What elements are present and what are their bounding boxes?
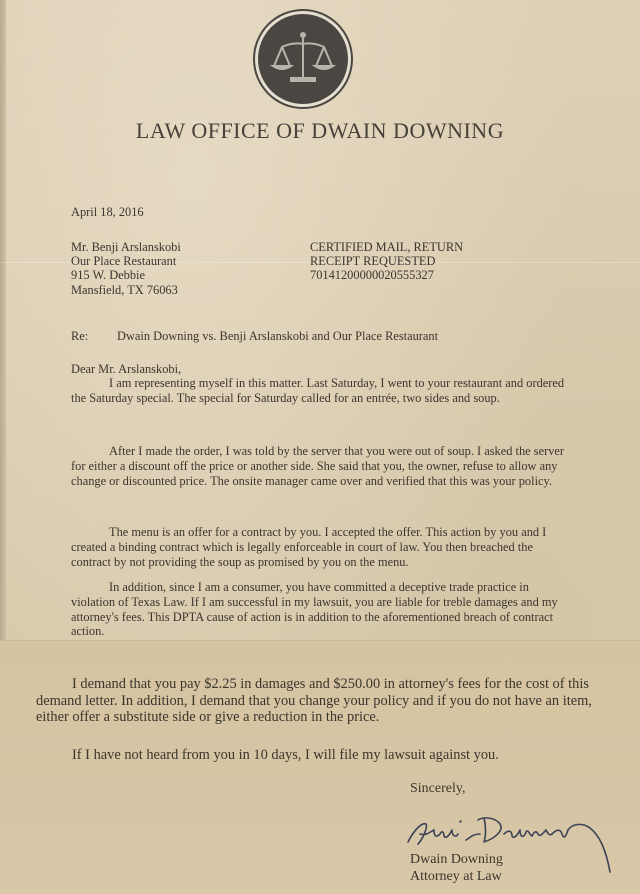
re-subject: Dwain Downing vs. Benji Arslanskobi and … <box>117 329 438 343</box>
valediction: Sincerely, <box>410 781 465 797</box>
deadline-paragraph: If I have not heard from you in 10 days,… <box>36 747 596 764</box>
salutation: Dear Mr. Arslanskobi, <box>71 362 181 376</box>
re-line: Re:Dwain Downing vs. Benji Arslanskobi a… <box>71 329 438 343</box>
signatory: Dwain Downing Attorney at Law <box>410 851 503 885</box>
body-paragraph: The menu is an offer for a contract by y… <box>71 525 571 569</box>
recipient-business: Our Place Restaurant <box>71 254 181 268</box>
delivery-line-1: CERTIFIED MAIL, RETURN <box>310 240 463 254</box>
paragraph-text: The menu is an offer for a contract by y… <box>71 525 571 569</box>
letter-date: April 18, 2016 <box>71 205 144 219</box>
scales-of-justice-icon <box>258 14 348 104</box>
paragraph-text: I demand that you pay $2.25 in damages a… <box>36 676 596 726</box>
tracking-number: 70141200000020555327 <box>310 268 463 282</box>
body-paragraph: I am representing myself in this matter.… <box>71 376 571 406</box>
letterhead-title: LAW OFFICE OF DWAIN DOWNING <box>0 118 640 144</box>
signatory-title: Attorney at Law <box>410 868 503 885</box>
paragraph-text: I am representing myself in this matter.… <box>71 376 571 406</box>
paragraph-text: After I made the order, I was told by th… <box>71 444 571 488</box>
recipient-city: Mansfield, TX 76063 <box>71 283 181 297</box>
re-label: Re: <box>71 329 117 343</box>
paragraph-text: If I have not heard from you in 10 days,… <box>36 747 596 764</box>
recipient-street: 915 W. Debbie <box>71 268 181 282</box>
recipient-address: Mr. Benji Arslanskobi Our Place Restaura… <box>71 240 181 297</box>
body-paragraph: After I made the order, I was told by th… <box>71 444 571 488</box>
paragraph-text: In addition, since I am a consumer, you … <box>71 580 571 639</box>
recipient-name: Mr. Benji Arslanskobi <box>71 240 181 254</box>
demand-paragraph: I demand that you pay $2.25 in damages a… <box>36 676 596 726</box>
delivery-line-2: RECEIPT REQUESTED <box>310 254 463 268</box>
delivery-method: CERTIFIED MAIL, RETURN RECEIPT REQUESTED… <box>310 240 463 283</box>
body-paragraph: In addition, since I am a consumer, you … <box>71 580 571 639</box>
signatory-name: Dwain Downing <box>410 851 503 868</box>
